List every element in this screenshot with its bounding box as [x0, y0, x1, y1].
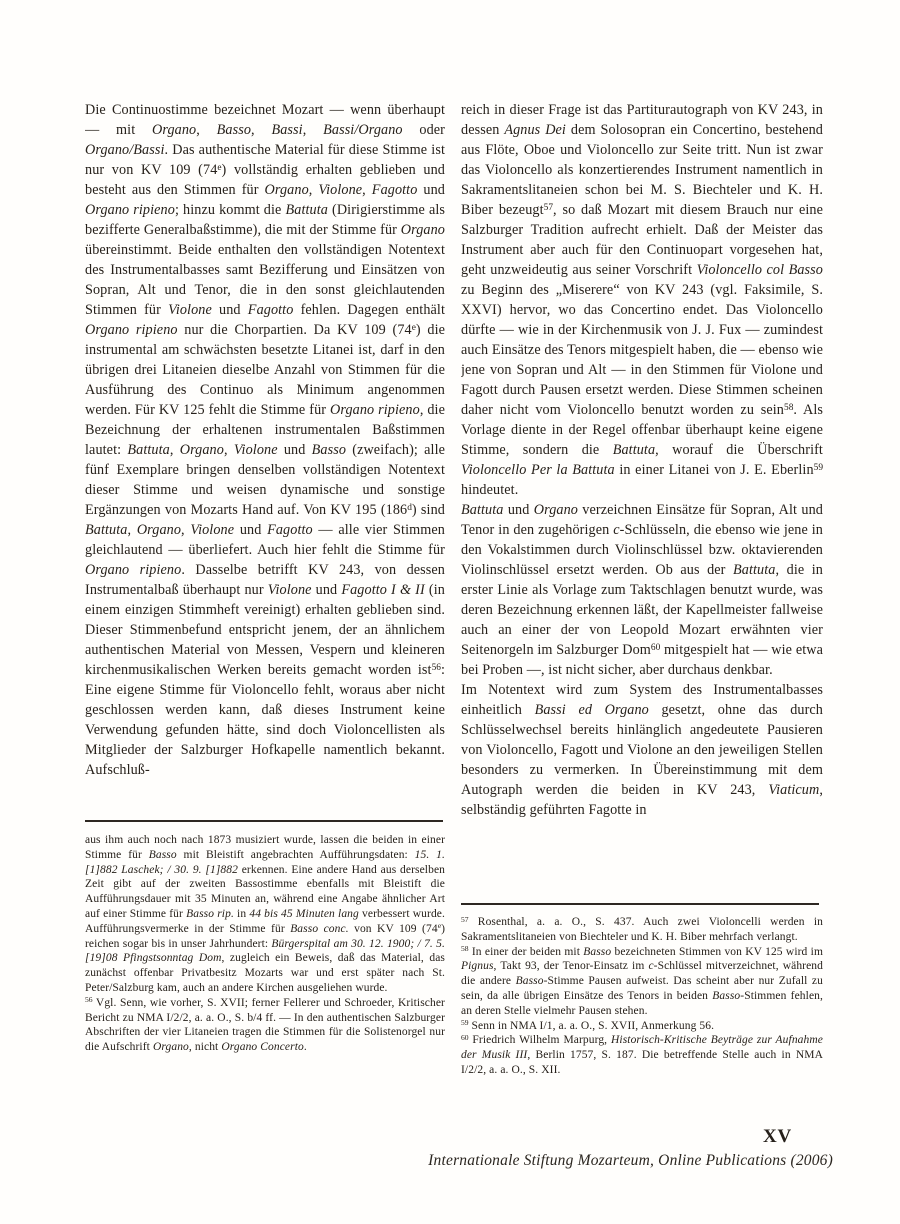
footnote-continuation: aus ihm auch noch nach 1873 musiziert wu…	[85, 833, 445, 996]
footnotes-left: aus ihm auch noch nach 1873 musiziert wu…	[85, 833, 445, 1055]
publisher-footer-line: Internationale Stiftung Mozarteum, Onlin…	[428, 1152, 833, 1170]
body-paragraph: Im Notentext wird zum System des Instrum…	[461, 680, 823, 820]
footnotes-right: 57 Rosenthal, a. a. O., S. 437. Auch zwe…	[461, 915, 823, 1078]
body-paragraph: Die Continuostimme bezeichnet Mozart — w…	[85, 100, 445, 780]
right-column-body: reich in dieser Frage ist das Partiturau…	[461, 100, 823, 900]
document-page: Die Continuostimme bezeichnet Mozart — w…	[0, 0, 900, 1224]
page-number: XV	[763, 1126, 792, 1148]
footnote-56: 56 Vgl. Senn, wie vorher, S. XVII; ferne…	[85, 996, 445, 1055]
body-paragraph: Battuta und Organo verzeichnen Einsätze …	[461, 500, 823, 680]
footnote-separator-right	[461, 903, 819, 905]
footnote-59: 59 Senn in NMA I/1, a. a. O., S. XVII, A…	[461, 1019, 823, 1034]
footnote-58: 58 In einer der beiden mit Basso bezeich…	[461, 945, 823, 1019]
footnote-separator-left	[85, 820, 443, 822]
left-column-body: Die Continuostimme bezeichnet Mozart — w…	[85, 100, 445, 818]
footnote-60: 60 Friedrich Wilhelm Marpurg, Historisch…	[461, 1033, 823, 1077]
body-paragraph: reich in dieser Frage ist das Partiturau…	[461, 100, 823, 500]
footnote-57: 57 Rosenthal, a. a. O., S. 437. Auch zwe…	[461, 915, 823, 945]
